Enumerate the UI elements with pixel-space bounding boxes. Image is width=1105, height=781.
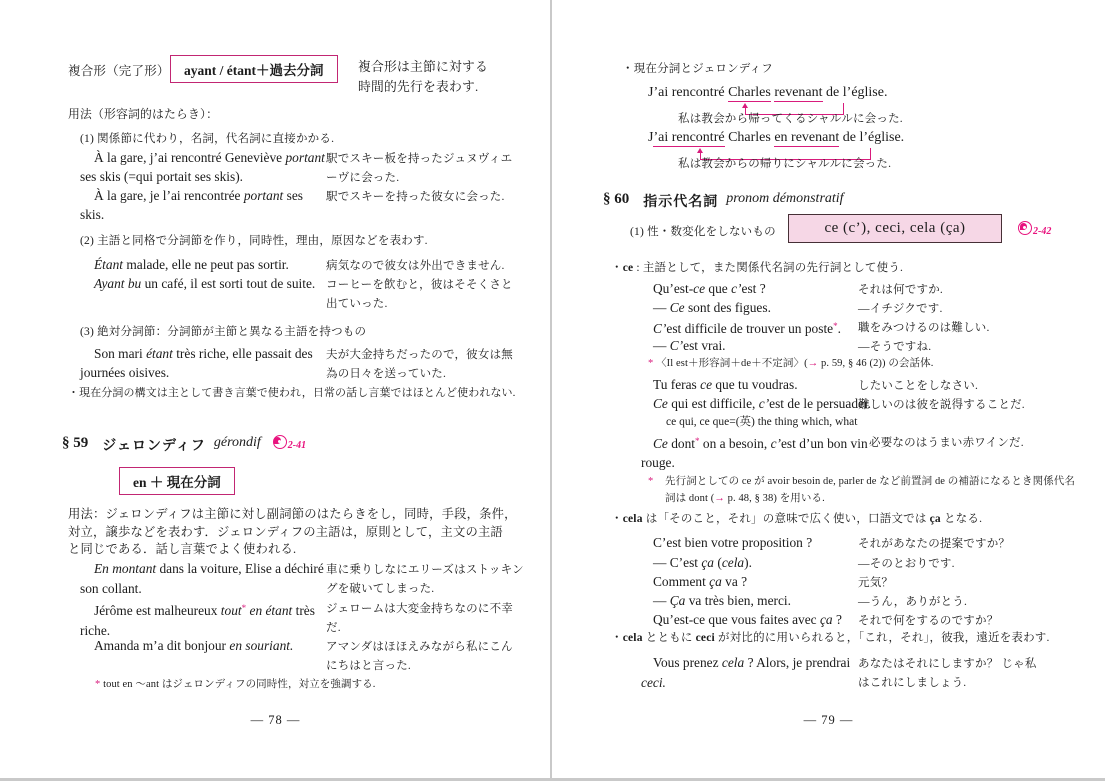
example-french: Son mari étant très riche, elle passait … [80,344,313,382]
gerondif-formula-box: en ＋ 現在分詞 [119,467,235,495]
example-japanese: 駅でスキー板を持ったジュヌヴィエーヴに会った. [326,150,512,188]
textbook-spread: 複合形（完了形） ayant / étant＋過去分詞 複合形は主節に対する時間… [0,0,1105,781]
bullet-cela-usage: ・cela は「そのこと，それ」の意味で広く使い，口語文では ça となる. [611,510,982,529]
example-japanese: 職をみつけるのは難しい. [858,319,990,338]
subnote-ce-qui-ce-que: ce qui, ce que=(英) the thing which, what [666,413,857,429]
example-french: En montant dans la voiture, Elise a déch… [80,559,324,599]
example-japanese: アマンダはほほえみながら私にこんにちはと言った. [326,638,513,676]
section-number: § 59 [62,435,88,452]
example-japanese: コーヒーを飲むと，彼はそそくさと出ていった. [326,276,513,314]
audio-track-number: 2-41 [288,440,306,451]
bullet-present-participle-gerondif: ・現在分詞とジェロンディフ [622,60,773,79]
example-french: Vous prenez cela ? Alors, je prendraicec… [641,653,850,693]
sentence-gerondif: J’ai rencontré Charles en revenant de l’… [648,128,904,147]
page-left: 複合形（完了形） ayant / étant＋過去分詞 複合形は主節に対する時間… [0,0,551,778]
section-subtitle-french: gérondif [214,435,261,451]
section-59-heading: § 59 ジェロンディフ gérondif 2-41 [62,435,305,455]
section-60-heading: § 60 指示代名詞 pronom démonstratif [603,191,844,211]
sentence-translation: 私は教会から帰ってくるシャルルに会った. [678,110,903,129]
usage-label: 用法（形容詞的はたらき）： [68,105,218,124]
section-subtitle-french: pronom démonstratif [726,191,843,207]
example-french: — C’est vrai. [641,336,726,355]
example-japanese: 元気？ [858,574,893,593]
section-number: § 60 [603,191,629,208]
example-french: C’est bien votre proposition ? [641,533,812,552]
item-2-title: (2) 主語と同格で分詞節を作り，同時性，理由，原因などを表わす. [80,232,428,251]
audio-disc-icon [1018,221,1032,235]
example-french: Étant malade, elle ne peut pas sortir. [80,255,289,274]
example-french: Ce dont* on a besoin, c’est d’un bon vin… [641,432,868,472]
example-japanese: 車に乗りしなにエリーズはストッキングを破いてしまった. [326,561,524,599]
footnote-asterisk: * [648,473,653,490]
example-french: Jérôme est malheureux tout* en étant trè… [80,598,315,641]
page-gutter-divider [550,0,552,781]
example-japanese: あなたはそれにしますか？ じゃ私はこれにしましょう. [858,655,1037,693]
sentence-participle: J’ai rencontré Charles revenant de l’égl… [648,83,887,102]
example-french: C’est difficile de trouver un poste*. [641,317,841,338]
compound-form-label: 複合形（完了形） [68,62,170,81]
bullet-ce-usage: ・ce : 主語として，また関係代名詞の先行詞として使う. [611,259,903,278]
example-french: Qu’est-ce que vous faites avec ça ? [641,610,842,629]
item-3-title: (3) 絶対分詞節：分詞節が主節と異なる主語を持つもの [80,323,366,342]
example-japanese: それがあなたの提案ですか？ [858,535,1010,554]
example-french: À la gare, je l’ai rencontrée portant se… [80,186,303,224]
audio-disc-icon [273,435,287,449]
item-1-label: (1) 性・数変化をしないもの [630,223,776,242]
example-french: Ce qui est difficile, c’est de le persua… [641,394,871,413]
example-french: Ayant bu un café, il est sorti tout de s… [80,274,315,293]
example-french: Amanda m’a dit bonjour en souriant. [80,636,293,655]
example-japanese: それは何ですか. [858,281,943,300]
example-japanese: —そのとおりです. [858,555,955,574]
example-french: Qu’est-ce que c’est ? [641,279,766,298]
page-number-78: — 78 — [0,713,551,728]
example-french: À la gare, j’ai rencontré Geneviève port… [80,148,325,186]
footnote-il-est-adjectif: * 〈Il est＋形容詞＋de＋不定詞〉(→ p. 59, § 46 (2))… [648,355,933,372]
audio-track-number: 2-42 [1033,226,1051,237]
example-japanese: 病気なので彼女は外出できません. [326,257,505,276]
compound-form-formula-box: ayant / étant＋過去分詞 [170,55,338,83]
example-french: — Ce sont des figues. [641,298,771,317]
section-title: ジェロンディフ [102,435,206,455]
bullet-cela-ceci-contrast: ・cela とともに ceci が対比的に用いられると，「これ，それ」，彼我，遠… [611,629,1050,648]
example-japanese: 駅でスキーを持った彼女に会った. [326,188,505,207]
example-french: Comment ça va ? [641,572,747,591]
example-japanese: ジェロームは大変金持ちなのに不幸だ. [326,600,513,638]
example-japanese: 難しいのは彼を説得することだ. [858,396,1025,415]
footnote-ce-dont: 先行詞としての ce が avoir besoin de, parler de … [665,473,1075,507]
page-number-79: — 79 — [553,713,1104,728]
gerondif-usage-paragraph: 用法：ジェロンディフは主節に対し副詞節のはたらきをし，同時，手段，条件，対立，譲… [68,506,517,559]
section-title: 指示代名詞 [643,191,718,211]
sentence-translation: 私は教会からの帰りにシャルルに会った. [678,155,891,174]
compound-form-side-note: 複合形は主節に対する時間的先行を表わす. [358,58,488,97]
example-french: Tu feras ce que tu voudras. [641,375,798,394]
example-french: — C’est ça (cela). [641,553,752,572]
audio-track: 2-41 [273,435,305,449]
footnote-tout-en-ant: * tout en ～ant はジェロンディフの同時性，対立を強調する. [95,676,376,693]
item-1-title: (1) 関係節に代わり，名詞，代名詞に直接かかる. [80,130,334,149]
participle-usage-note: ・現在分詞の構文は主として書き言葉で使われ，日常の話し言葉ではほとんど使われない… [68,385,516,402]
example-japanese: 夫が大金持ちだったので，彼女は無為の日々を送っていた. [326,346,513,384]
example-japanese: —うん，ありがとう. [858,593,967,612]
example-japanese: したいことをしなさい. [858,377,978,396]
example-french: — Ça va très bien, merci. [641,591,791,610]
audio-track: 2-42 [1018,221,1050,235]
example-japanese: 必要なのはうまい赤ワインだ. [869,434,1024,453]
page-right: ・現在分詞とジェロンディフ J’ai rencontré Charles rev… [553,0,1104,778]
example-japanese: —イチジクです. [858,300,943,319]
demonstrative-pronouns-box: ce (c’), ceci, cela (ça) [788,214,1002,243]
